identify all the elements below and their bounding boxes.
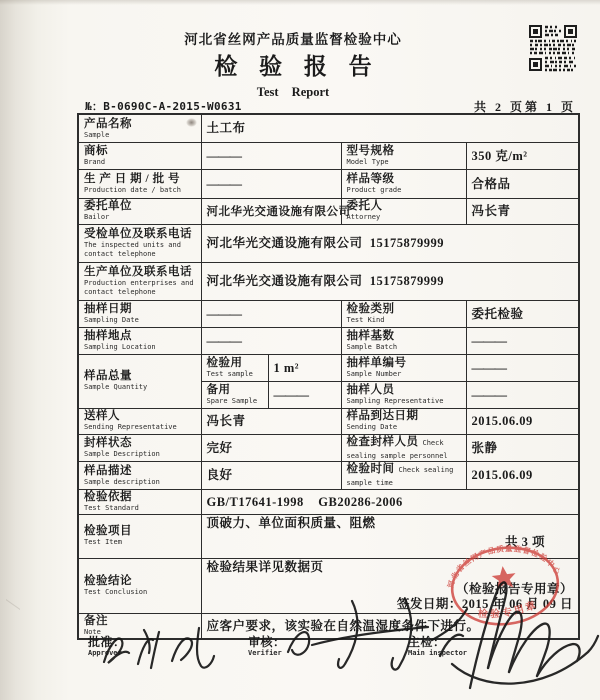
- label-zh: 产品名称: [84, 118, 196, 131]
- row-test-item: 检验项目Test Item 顶破力、单位面积质量、阻燃 共 3 项: [78, 514, 579, 558]
- production-unit-value: 河北华光交通设施有限公司 15175879999: [207, 274, 445, 288]
- report-number: №：B-0690C-A-2015-W0631: [85, 98, 242, 114]
- qr-code-icon: [527, 24, 579, 72]
- stamp-note: （检验报告专用章）: [207, 582, 574, 597]
- test-sample-value: 1 m²: [274, 361, 300, 375]
- product-name-value: 土工布: [207, 121, 246, 135]
- test-item-value: 顶破力、单位面积质量、阻燃: [207, 516, 574, 531]
- test-item-count: 共 3 项: [207, 535, 574, 550]
- row-sample-quantity-a: 样品总量Sample Quantity 检验用Test sample 1 m² …: [78, 354, 579, 381]
- row-note: 备注Note 应客户要求，该实验在自然温湿度条件下进行。: [78, 613, 579, 639]
- model-type-value: 350 克/m²: [472, 149, 528, 163]
- brand-value: ———: [207, 149, 242, 163]
- note-value: 应客户要求，该实验在自然温湿度条件下进行。: [207, 619, 480, 633]
- sample-description-value: 良好: [207, 468, 233, 482]
- row-test-standard: 检验依据Test Standard GB/T17641-1998 GB20286…: [78, 489, 579, 514]
- sender-value: 冯长青: [207, 414, 246, 428]
- main-inspector-label: 主检： Main inspector: [408, 636, 467, 658]
- report-title: 检 验 报 告: [0, 48, 586, 81]
- attorney-value: 冯长青: [472, 204, 511, 218]
- test-kind-value: 委托检验: [472, 307, 524, 321]
- product-grade-value: 合格品: [472, 177, 511, 191]
- row-sampling-location-batch: 抽样地点Sampling Location ——— 抽样基数Sample Bat…: [78, 327, 579, 354]
- seal-checker-value: 张静: [472, 441, 498, 455]
- arrival-date-value: 2015.06.09: [472, 414, 533, 428]
- report-table: 产品名称Sample 土工布 商标Brand ——— 型号规格Model Typ…: [77, 113, 580, 640]
- inspected-unit-value: 河北华光交通设施有限公司 15175879999: [207, 236, 445, 250]
- row-sampling-date-kind: 抽样日期Sampling Date ——— 检验类别Test Kind 委托检验: [78, 300, 579, 327]
- row-production-unit: 生产单位及联系电话Production enterprises and cont…: [78, 262, 579, 300]
- row-product-name: 产品名称Sample 土工布: [78, 114, 579, 142]
- row-bailor-attorney: 委托单位Bailor 河北华光交通设施有限公司 委托人Attorney 冯长青: [78, 198, 579, 224]
- test-time-value: 2015.06.09: [472, 468, 533, 482]
- paper-scratch: [6, 596, 20, 612]
- row-sample-description: 样品描述Sample description 良好 检验时间 Check sea…: [78, 462, 579, 490]
- row-sender-arrival: 送样人Sending Representative 冯长青 样品到达日期Send…: [78, 408, 579, 434]
- scanned-test-report-page: { "header": { "org": "河北省丝网产品质量监督检验中心", …: [0, 0, 600, 700]
- issue-date: 签发日期：2015 年 06 月 09 日: [207, 597, 574, 612]
- org-name: 河北省丝网产品质量监督检验中心: [0, 28, 586, 48]
- seal-status-value: 完好: [207, 441, 233, 455]
- row-production-date-grade: 生 产 日 期 / 批 号Production date / batch ———…: [78, 169, 579, 198]
- bailor-value: 河北华光交通设施有限公司: [207, 206, 351, 218]
- row-inspected-unit: 受检单位及联系电话The inspected units and contact…: [78, 224, 579, 262]
- test-standard-value: GB/T17641-1998 GB20286-2006: [207, 495, 403, 509]
- row-seal-status: 封样状态Sample Description 完好 检查封样人员 Check s…: [78, 434, 579, 462]
- row-test-conclusion: 检验结论Test Conclusion 检验结果详见数据页 （检验报告专用章） …: [78, 558, 579, 613]
- row-brand-model: 商标Brand ——— 型号规格Model Type 350 克/m²: [78, 142, 579, 169]
- label-en: Sample: [84, 131, 196, 140]
- approver-label: 批准： Approver: [88, 636, 126, 658]
- conclusion-value: 检验结果详见数据页: [207, 560, 574, 575]
- verifier-label: 审核： Verifier: [248, 636, 286, 658]
